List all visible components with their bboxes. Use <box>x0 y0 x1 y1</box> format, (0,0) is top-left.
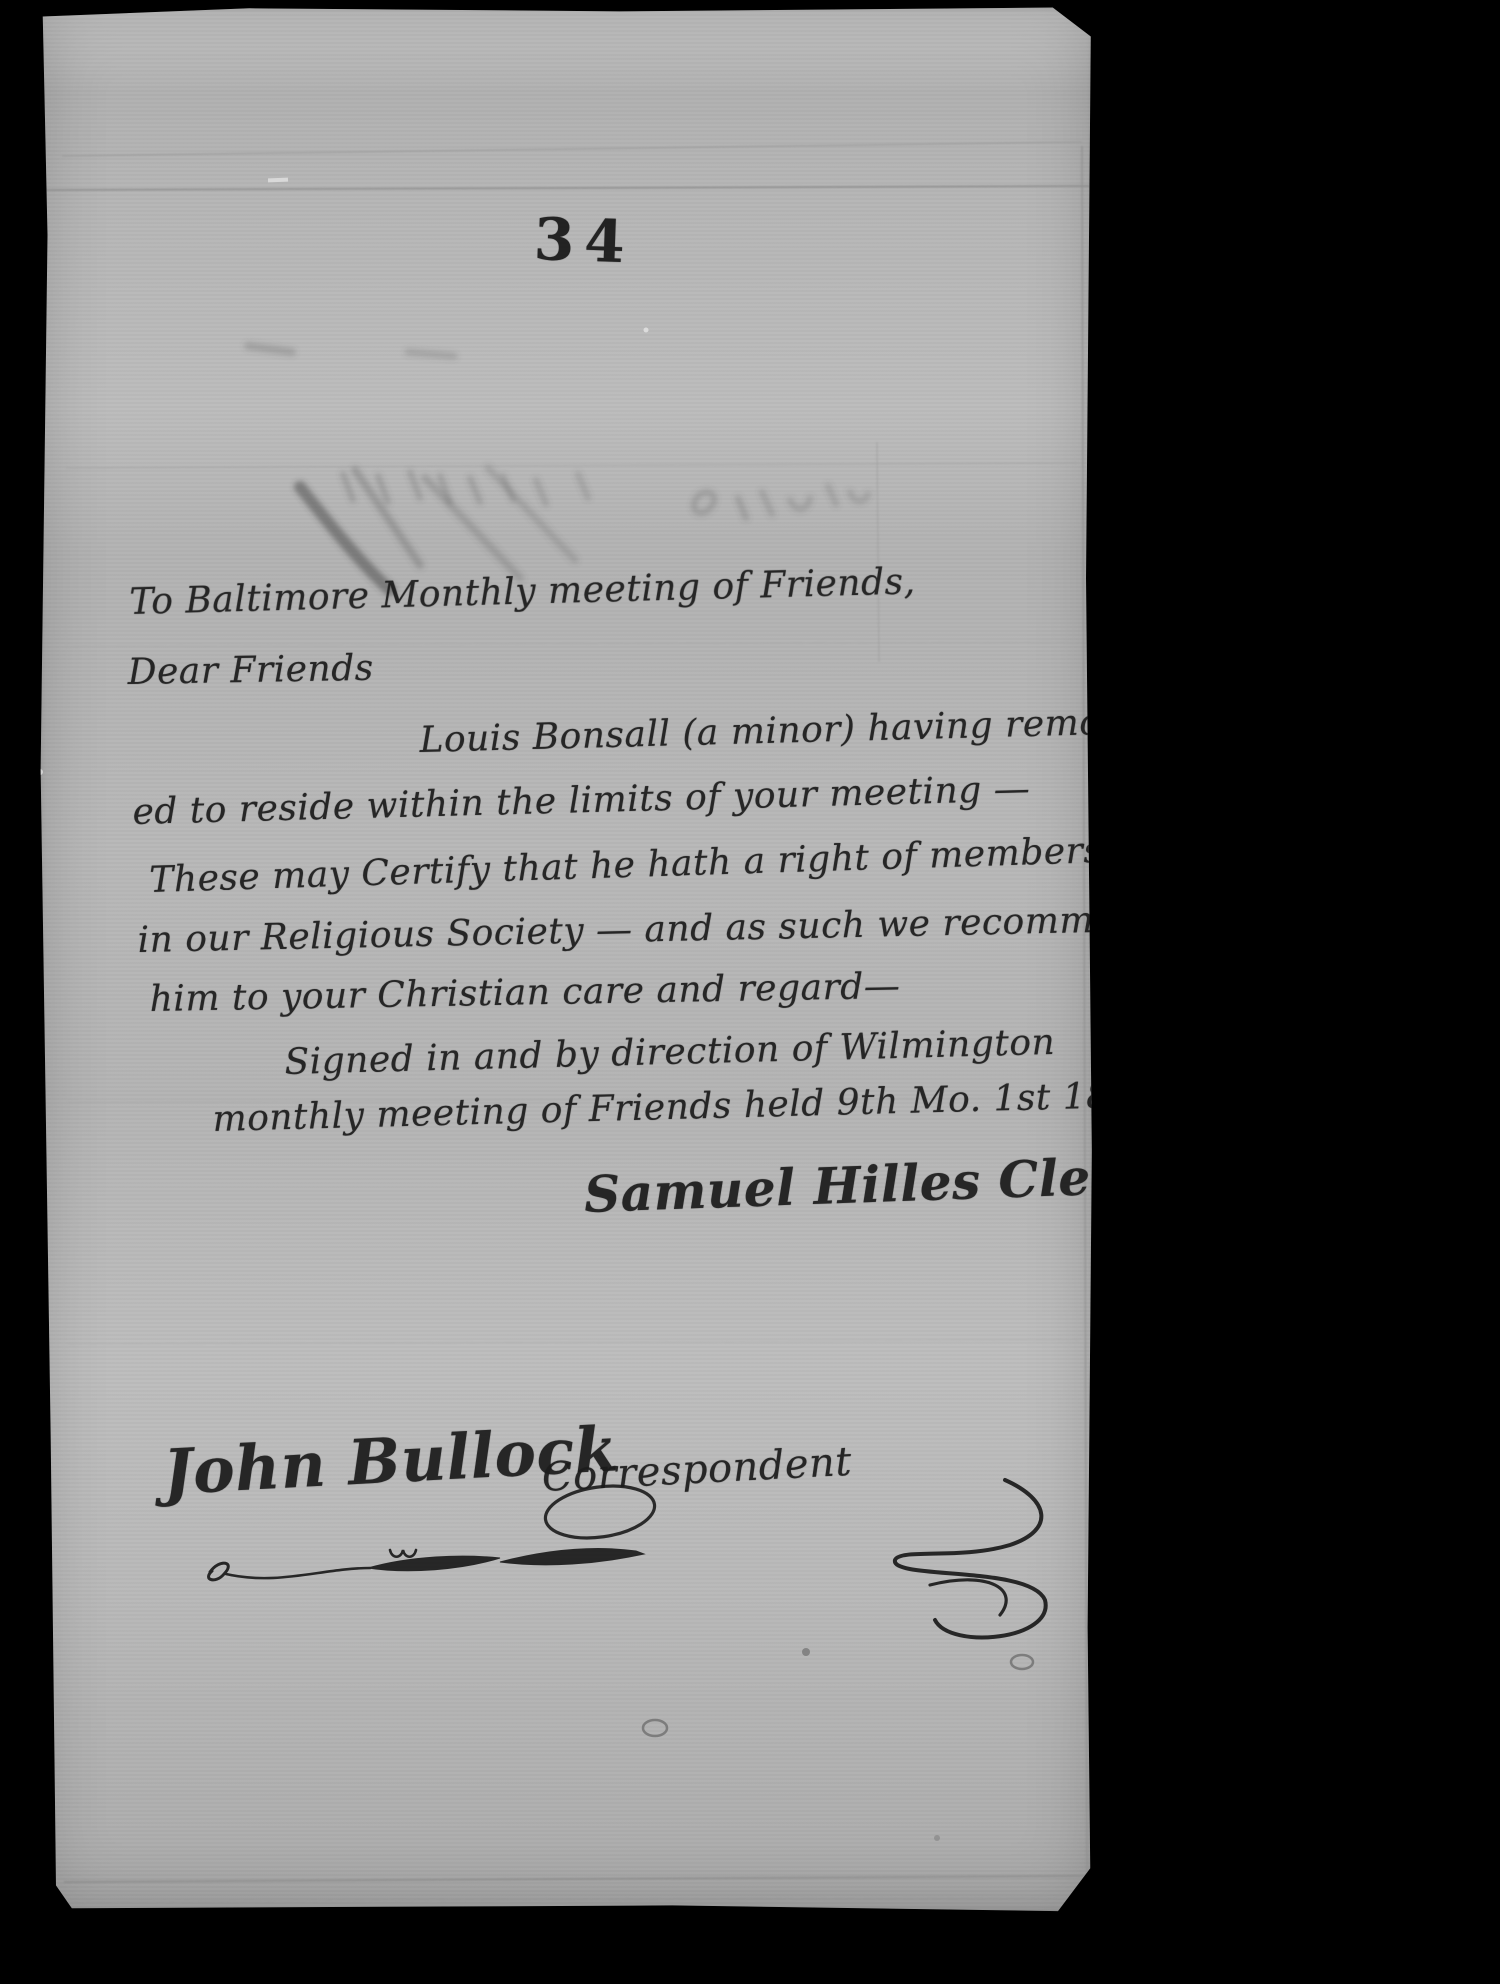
closing-line: monthly meeting of Friends held 9th Mo. … <box>212 1077 1157 1138</box>
letter-body-line: ed to reside within the limits of your m… <box>132 772 1031 831</box>
letter-body-line: him to your Christian care and regard— <box>149 969 900 1018</box>
clerk-title: Clerk <box>997 1145 1153 1209</box>
recipient-line: To Baltimore Monthly meeting of Friends, <box>129 564 916 621</box>
letter-body-line: These may Certify that he hath a right o… <box>149 831 1162 899</box>
clerk-signature: Samuel Hilles <box>583 1151 981 1224</box>
correspondent-flourish <box>895 1480 1046 1637</box>
ink-bleedthrough <box>248 346 868 590</box>
signature-flourish <box>209 1549 644 1580</box>
paper-specks <box>643 1648 1033 1841</box>
page-number: 34 <box>533 210 636 271</box>
letter-body-line: Louis Bonsall (a minor) having remov= <box>419 704 1153 759</box>
document-page: 34 To Baltimore Monthly meeting of Frien… <box>38 6 1095 1914</box>
paper-texture-layer <box>38 6 1095 1914</box>
closing-line: Signed in and by direction of Wilmington <box>284 1025 1056 1081</box>
flourish-layer <box>38 6 1095 1914</box>
letter-body-line: in our Religious Society — and as such w… <box>137 902 1163 959</box>
salutation-line: Dear Friends <box>127 651 374 691</box>
scan-background: 34 To Baltimore Monthly meeting of Frien… <box>0 0 1500 1984</box>
clerk-signature-line: Samuel Hilles Clerk <box>583 1150 1153 1220</box>
crease-lines <box>40 142 1093 1902</box>
